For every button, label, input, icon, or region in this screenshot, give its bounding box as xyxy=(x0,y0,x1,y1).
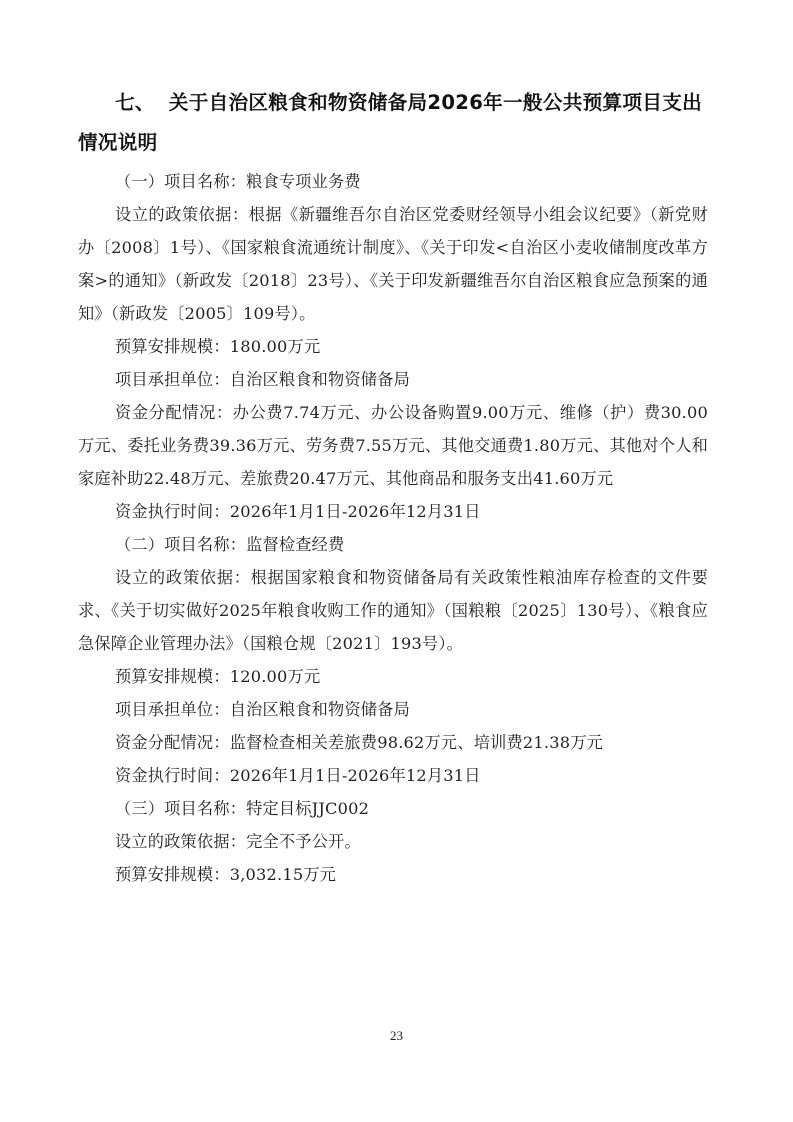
policy-basis: 设立的政策依据：根据《新疆维吾尔自治区党委财经领导小组会议纪要》（新党财办〔20… xyxy=(78,198,708,330)
project-block-3: （三）项目名称：特定目标JJC002 设立的政策依据：完全不予公开。 预算安排规… xyxy=(78,792,708,891)
project-name: （三）项目名称：特定目标JJC002 xyxy=(78,792,708,825)
execution-time: 资金执行时间：2026年1月1日-2026年12月31日 xyxy=(78,759,708,792)
budget-scale: 预算安排规模：120.00万元 xyxy=(78,660,708,693)
project-name: （二）项目名称：监督检查经费 xyxy=(78,528,708,561)
fund-allocation: 资金分配情况：监督检查相关差旅费98.62万元、培训费21.38万元 xyxy=(78,726,708,759)
policy-basis: 设立的政策依据：根据国家粮食和物资储备局有关政策性粮油库存检查的文件要求、《关于… xyxy=(78,561,708,660)
fund-allocation: 资金分配情况：办公费7.74万元、办公设备购置9.00万元、维修（护）费30.0… xyxy=(78,396,708,495)
project-block-2: （二）项目名称：监督检查经费 设立的政策依据：根据国家粮食和物资储备局有关政策性… xyxy=(78,528,708,792)
policy-basis: 设立的政策依据：完全不予公开。 xyxy=(78,825,708,858)
project-block-1: （一）项目名称：粮食专项业务费 设立的政策依据：根据《新疆维吾尔自治区党委财经领… xyxy=(78,165,708,528)
project-name: （一）项目名称：粮食专项业务费 xyxy=(78,165,708,198)
undertaking-unit: 项目承担单位：自治区粮食和物资储备局 xyxy=(78,363,708,396)
page-number: 23 xyxy=(0,1028,793,1044)
section-heading: 七、关于自治区粮食和物资储备局2026年一般公共预算项目支出情况说明 xyxy=(78,83,708,163)
execution-time: 资金执行时间：2026年1月1日-2026年12月31日 xyxy=(78,495,708,528)
section-title: 关于自治区粮食和物资储备局2026年一般公共预算项目支出情况说明 xyxy=(78,91,702,154)
document-page: 七、关于自治区粮食和物资储备局2026年一般公共预算项目支出情况说明 （一）项目… xyxy=(78,83,708,891)
section-number: 七、 xyxy=(115,91,155,114)
undertaking-unit: 项目承担单位：自治区粮食和物资储备局 xyxy=(78,693,708,726)
budget-scale: 预算安排规模：180.00万元 xyxy=(78,330,708,363)
budget-scale: 预算安排规模：3,032.15万元 xyxy=(78,858,708,891)
